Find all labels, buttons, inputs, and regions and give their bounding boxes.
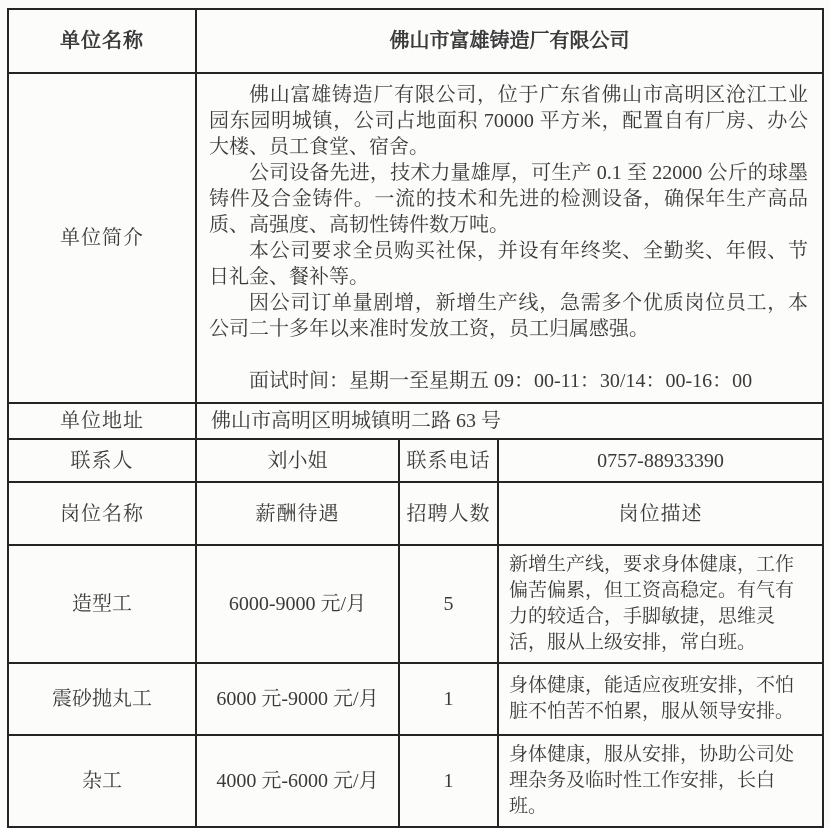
job-headcount: 1 bbox=[399, 735, 498, 787]
job-salary: 6000 元-9000 元/月 bbox=[196, 663, 399, 735]
job-header-title: 岗位名称 bbox=[8, 482, 196, 545]
company-name-row: 单位名称 佛山市富雄铸造厂有限公司 bbox=[8, 9, 823, 73]
contact-row: 联系人 刘小姐 联系电话 0757-88933390 bbox=[8, 439, 823, 482]
address-value: 佛山市高明区明城镇明二路 63 号 bbox=[196, 403, 823, 439]
address-row: 单位地址 佛山市高明区明城镇明二路 63 号 bbox=[8, 403, 823, 439]
job-description: 身体健康，能适应夜班安排，不怕脏不怕苦不怕累，服从领导安排。 bbox=[498, 663, 823, 735]
job-header-row: 岗位名称 薪酬待遇 招聘人数 岗位描述 bbox=[8, 482, 823, 545]
job-posting-table: 单位名称 佛山市富雄铸造厂有限公司 单位简介 佛山富雄铸造厂有限公司，位于广东省… bbox=[7, 8, 824, 787]
contact-phone-value: 0757-88933390 bbox=[498, 439, 823, 482]
company-intro-value: 佛山富雄铸造厂有限公司，位于广东省佛山市高明区沧江工业园东园明城镇，公司占地面积… bbox=[196, 73, 823, 403]
job-title: 杂工 bbox=[8, 735, 196, 787]
company-intro-row: 单位简介 佛山富雄铸造厂有限公司，位于广东省佛山市高明区沧江工业园东园明城镇，公… bbox=[8, 73, 823, 403]
job-header-headcount: 招聘人数 bbox=[399, 482, 498, 545]
job-row-zagong: 杂工 4000 元-6000 元/月 1 身体健康，服从安排，协助公司处理杂务及… bbox=[8, 735, 823, 787]
job-salary: 4000 元-6000 元/月 bbox=[196, 735, 399, 787]
contact-phone-label: 联系电话 bbox=[399, 439, 498, 482]
address-label: 单位地址 bbox=[8, 403, 196, 439]
job-header-description: 岗位描述 bbox=[498, 482, 823, 545]
interview-time: 面试时间：星期一至星期五 09：00-11：30/14：00-16：00 bbox=[209, 368, 808, 394]
contact-name: 刘小姐 bbox=[196, 439, 399, 482]
company-name-label: 单位名称 bbox=[8, 9, 196, 73]
intro-paragraph-1: 佛山富雄铸造厂有限公司，位于广东省佛山市高明区沧江工业园东园明城镇，公司占地面积… bbox=[209, 82, 808, 160]
company-name-value: 佛山市富雄铸造厂有限公司 bbox=[196, 9, 823, 73]
job-row-zhensha-paowangong: 震砂抛丸工 6000 元-9000 元/月 1 身体健康，能适应夜班安排，不怕脏… bbox=[8, 663, 823, 735]
job-header-salary: 薪酬待遇 bbox=[196, 482, 399, 545]
job-title: 造型工 bbox=[8, 545, 196, 663]
job-headcount: 1 bbox=[399, 663, 498, 735]
job-description: 身体健康，服从安排，协助公司处理杂务及临时性工作安排，长白班。 bbox=[498, 735, 823, 787]
contact-label: 联系人 bbox=[8, 439, 196, 482]
company-intro-label: 单位简介 bbox=[8, 73, 196, 403]
intro-paragraph-4: 因公司订单量剧增，新增生产线，急需多个优质岗位员工，本公司二十多年以来准时发放工… bbox=[209, 290, 808, 342]
job-row-zaoxinggong: 造型工 6000-9000 元/月 5 新增生产线，要求身体健康，工作偏苦偏累，… bbox=[8, 545, 823, 663]
intro-paragraph-2: 公司设备先进，技术力量雄厚，可生产 0.1 至 22000 公斤的球墨铸件及合金… bbox=[209, 160, 808, 238]
intro-paragraph-3: 本公司要求全员购买社保，并设有年终奖、全勤奖、年假、节日礼金、餐补等。 bbox=[209, 238, 808, 290]
job-headcount: 5 bbox=[399, 545, 498, 663]
job-salary: 6000-9000 元/月 bbox=[196, 545, 399, 663]
job-title: 震砂抛丸工 bbox=[8, 663, 196, 735]
job-description: 新增生产线，要求身体健康，工作偏苦偏累，但工资高稳定。有气有力的较适合，手脚敏捷… bbox=[498, 545, 823, 663]
